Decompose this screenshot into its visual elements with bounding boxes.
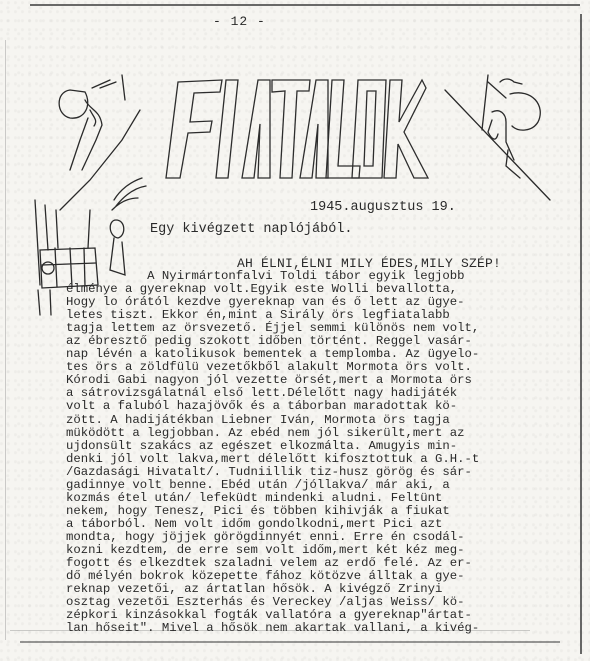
masthead-title-logo: FIATALOK xyxy=(160,74,430,184)
page-border-top xyxy=(30,4,580,6)
body-line: volt a faluból hazajövők és a táborban m… xyxy=(66,400,576,413)
page-border-bottom xyxy=(20,641,560,643)
body-line: denki jól volt lakva,mert délelőtt kifos… xyxy=(66,453,576,466)
body-line: gadinnye volt benne. Ebéd után /jóllakva… xyxy=(66,479,576,492)
illustration-right-climber xyxy=(440,70,560,220)
document-page: - 12 - FIATALOK xyxy=(0,0,590,661)
body-line: kozmás étel után/ lefeküdt mindenki alud… xyxy=(66,492,576,505)
document-body-text: A Nyirmártonfalvi Toldi tábor egyik legj… xyxy=(66,270,576,635)
page-border-left xyxy=(5,40,6,640)
document-subtitle: Egy kivégzett naplójából. xyxy=(150,222,353,237)
body-line: ujdonsült szakács az egészet elkozmálta.… xyxy=(66,440,576,453)
body-line: nekem, hogy Tenesz, Pici és többen kihiv… xyxy=(66,505,576,518)
body-line: müködött a legjobban. Az ebéd nem jól si… xyxy=(66,427,576,440)
page-number: - 12 - xyxy=(213,14,266,29)
page-border-right xyxy=(580,14,582,654)
document-date: 1945.augusztus 19. xyxy=(310,200,456,215)
body-line: zött. A hadijátékban Liebner Iván, Mormo… xyxy=(66,414,576,427)
body-line: a táborból. Nem volt időm gondolkodni,me… xyxy=(66,518,576,531)
body-line: lan hőseit". Mivel a hősök nem akartak v… xyxy=(66,622,576,635)
body-line: /Gazdasági Hivatalt/. Tudniillik tiz-hus… xyxy=(66,466,576,479)
